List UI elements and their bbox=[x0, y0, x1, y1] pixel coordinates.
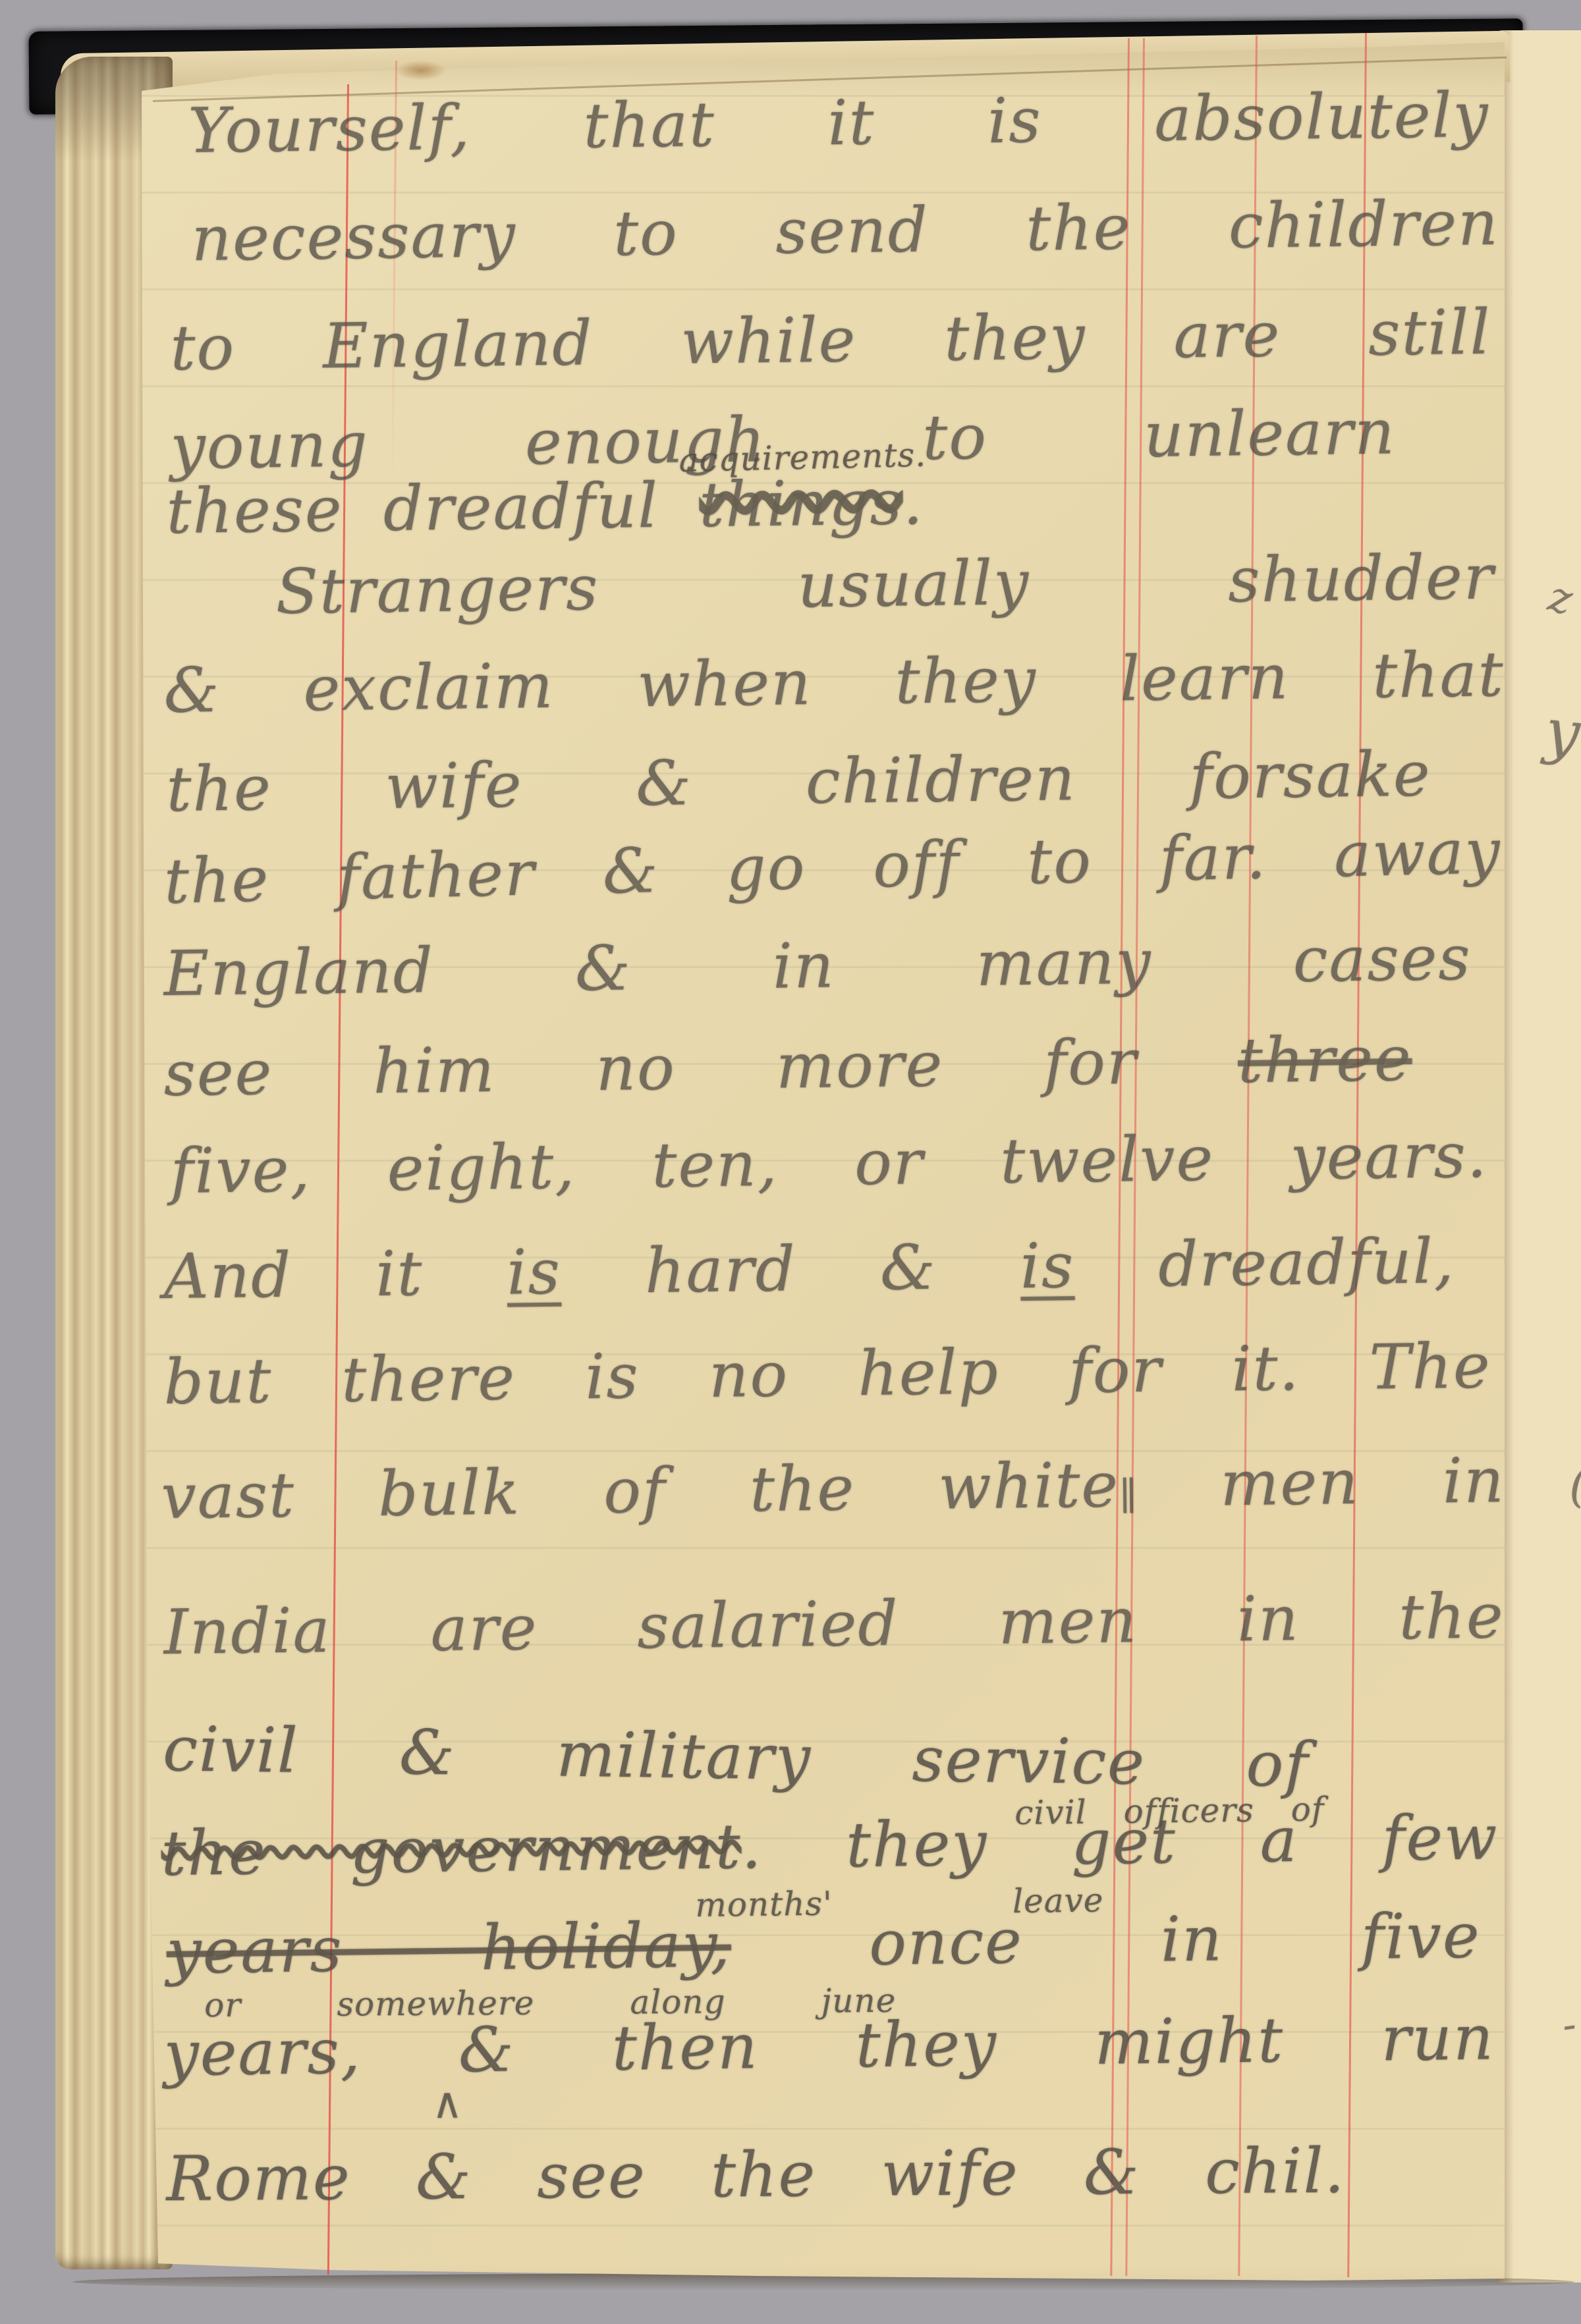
stroke-fragment: y bbox=[1542, 695, 1581, 769]
line-text: once in five bbox=[731, 1901, 1481, 1982]
line-text: . bbox=[902, 467, 924, 539]
line-text: hard & bbox=[561, 1231, 1020, 1309]
struck-word: things bbox=[699, 467, 904, 541]
line-text: men in bbox=[1136, 1445, 1505, 1521]
line-text: see him no more for bbox=[163, 1025, 1238, 1110]
manuscript-line: vast bulk of the white∥ men in bbox=[161, 1447, 1505, 1531]
stroke-fragment: ( bbox=[1569, 1459, 1581, 1513]
manuscript-line: And it is hard & is dreadful, bbox=[163, 1228, 1455, 1311]
manuscript-line: England & in many cases bbox=[163, 925, 1472, 1009]
manuscript-line: to England while they are still bbox=[170, 299, 1491, 383]
manuscript-line: years holiday, once in five bbox=[166, 1903, 1481, 1987]
manuscript-line: Strangers usually shudder bbox=[275, 543, 1495, 626]
manuscript-line: years, & then they might run bbox=[163, 2004, 1495, 2088]
manuscript-line: necessary to send the children bbox=[191, 190, 1499, 274]
manuscript-line: India are salaried men in the bbox=[163, 1582, 1505, 1667]
manuscript-line: the wife & children forsake bbox=[166, 741, 1431, 824]
line-text: And it bbox=[163, 1237, 507, 1313]
line-text: vast bulk of the white bbox=[161, 1449, 1120, 1533]
manuscript-line: civil & military service of bbox=[163, 1716, 1310, 1800]
manuscript-line: these dreadful things. bbox=[166, 469, 924, 546]
struck-word: the government bbox=[161, 1811, 742, 1890]
underlined-word: is bbox=[507, 1237, 562, 1309]
paper-stain bbox=[395, 61, 447, 80]
manuscript-line: five, eight, ten, or twelve years. bbox=[170, 1122, 1488, 1206]
notebook-photo: Yourself, that it is absolutely necessar… bbox=[0, 0, 1581, 2324]
insertion-caret-mark: ∧ bbox=[431, 2080, 491, 2127]
manuscript-line: the government. they get a few bbox=[161, 1804, 1499, 1888]
line-text: ∧ bbox=[431, 2079, 464, 2128]
double-stroke-mark: ∥ bbox=[1119, 1474, 1138, 1519]
manuscript-line: Yourself, that it is absolutely bbox=[188, 82, 1489, 166]
line-text: these dreadful bbox=[166, 470, 700, 548]
next-page-edge bbox=[1497, 30, 1581, 2283]
line-text: Strangers usually shudder bbox=[275, 541, 1495, 628]
manuscript-line: but there is no help for it. The bbox=[163, 1332, 1491, 1417]
manuscript-line: Rome & see the wife & chil. bbox=[166, 2138, 1346, 2214]
manuscript-line: see him no more for three bbox=[163, 1025, 1412, 1109]
line-text: Rome & see the wife & chil. bbox=[166, 2136, 1346, 2215]
struck-word: years holiday, bbox=[166, 1910, 732, 1988]
manuscript-line: & exclaim when they learn that bbox=[163, 641, 1505, 725]
line-text: . they get a few bbox=[741, 1802, 1499, 1883]
underlined-word: is bbox=[1020, 1230, 1075, 1303]
line-text: dreadful, bbox=[1074, 1226, 1455, 1302]
struck-word: three bbox=[1237, 1023, 1412, 1097]
